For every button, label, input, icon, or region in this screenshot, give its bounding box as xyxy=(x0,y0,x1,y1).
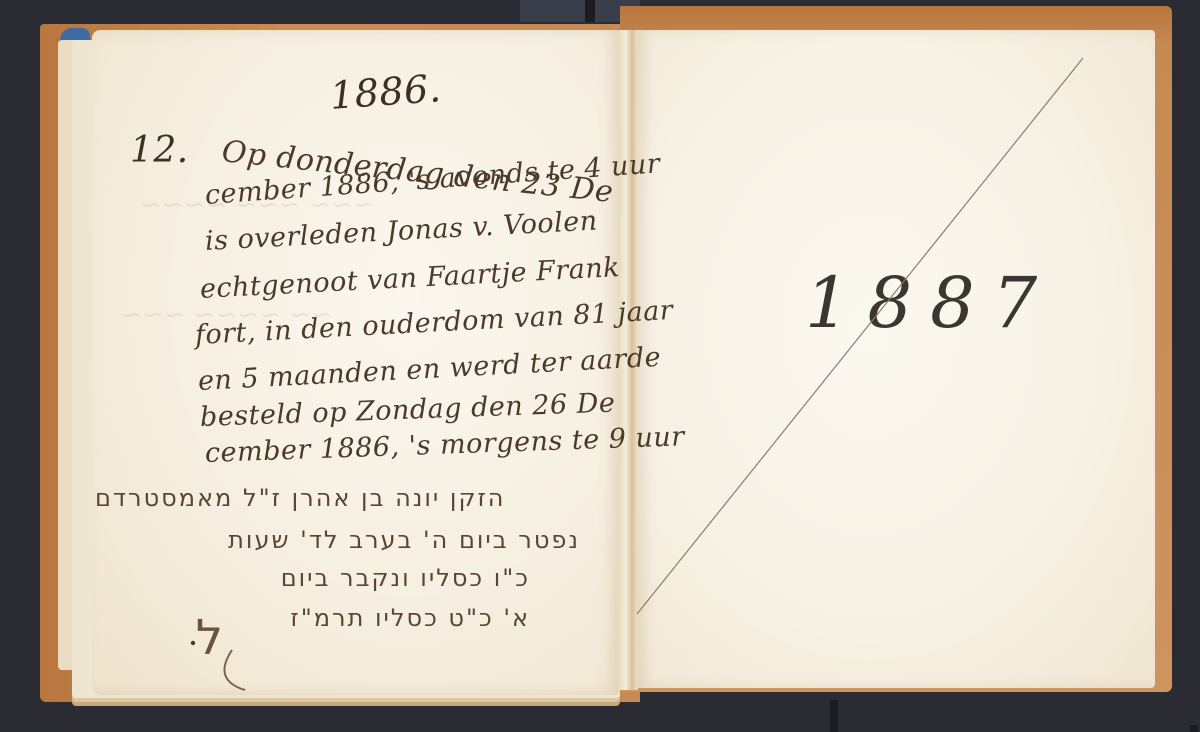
year-heading-left: 1886. xyxy=(329,66,443,118)
backdrop-clip xyxy=(585,0,595,22)
backdrop-clip xyxy=(1190,725,1198,732)
backdrop-clip xyxy=(830,700,838,732)
hebrew-flourish: ל xyxy=(185,610,225,666)
entry-number: 12. xyxy=(130,130,189,171)
year-heading-right: 1887 xyxy=(805,262,1055,344)
hebrew-line: הזקן יונה בן אהרן ז"ל מאמסטרדם xyxy=(95,484,595,512)
hebrew-line: כ"ו כסליו ונקבר ביום xyxy=(130,564,530,592)
hebrew-line: נפטר ביום ה' בערב לד' שעות xyxy=(150,526,580,554)
right-page xyxy=(637,30,1155,688)
hebrew-line: א' כ"ט כסליו תרמ"ז xyxy=(260,604,530,632)
